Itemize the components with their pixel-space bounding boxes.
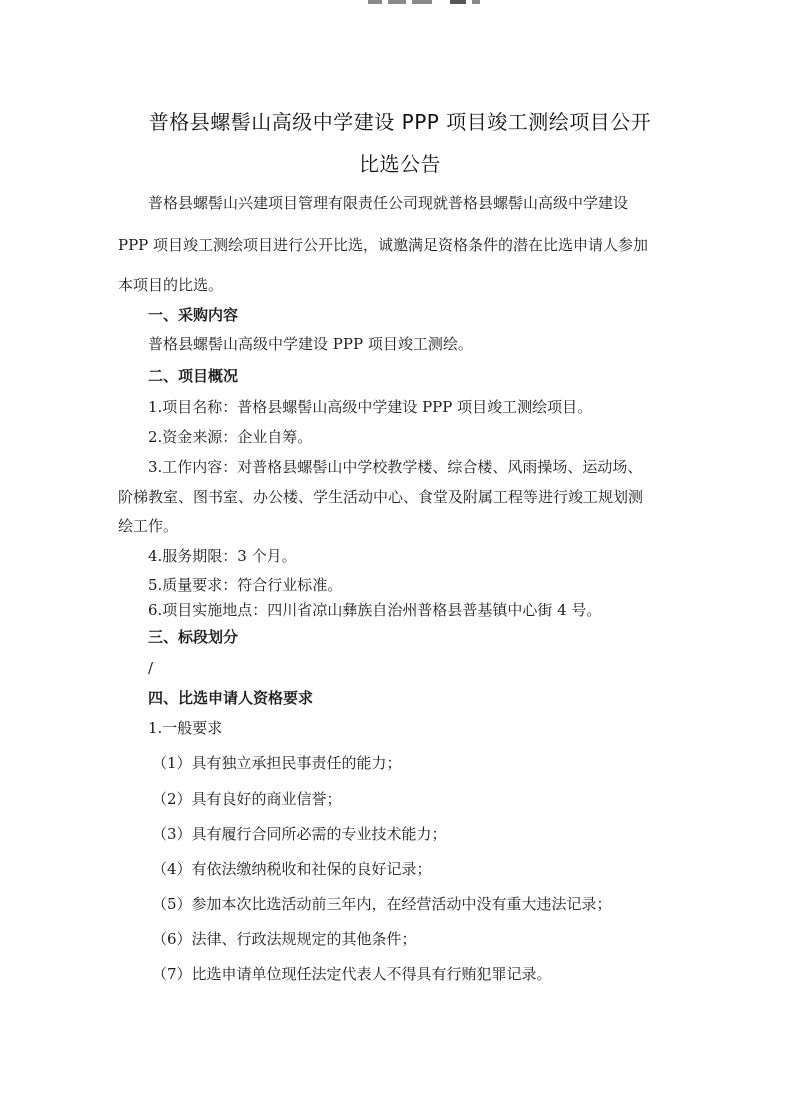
intro-paragraph-line-1: 普格县螺髻山兴建项目管理有限责任公司现就普格县螺髻山高级中学建设 bbox=[148, 193, 628, 213]
overview-item-funding: 2.资金来源：企业自筹。 bbox=[148, 427, 312, 447]
section-heading-lots: 三、标段划分 bbox=[148, 627, 238, 647]
overview-item-work-content-line-1: 3.工作内容：对普格县螺髻山中学校教学楼、综合楼、风雨操场、运动场、 bbox=[148, 457, 642, 477]
requirement-item-7: （7）比选申请单位现任法定代表人不得具有行贿犯罪记录。 bbox=[152, 964, 552, 984]
overview-item-service-period: 4.服务期限：3 个月。 bbox=[148, 546, 297, 566]
qualifications-general-heading: 1.一般要求 bbox=[148, 718, 222, 738]
overview-item-name: 1.项目名称：普格县螺髻山高级中学建设 PPP 项目竣工测绘项目。 bbox=[148, 397, 592, 417]
procurement-content: 普格县螺髻山高级中学建设 PPP 项目竣工测绘。 bbox=[148, 334, 473, 354]
overview-item-work-content-line-3: 绘工作。 bbox=[118, 516, 178, 536]
intro-paragraph-line-3: 本项目的比选。 bbox=[118, 275, 223, 295]
requirement-item-5: （5）参加本次比选活动前三年内，在经营活动中没有重大违法记录； bbox=[152, 894, 612, 914]
requirement-item-2: （2）具有良好的商业信誉； bbox=[152, 789, 342, 809]
overview-item-quality: 5.质量要求：符合行业标准。 bbox=[148, 575, 342, 595]
overview-item-work-content-line-2: 阶梯教室、图书室、办公楼、学生活动中心、食堂及附属工程等进行竣工规划测 bbox=[118, 487, 643, 507]
section-heading-overview: 二、项目概况 bbox=[148, 366, 238, 386]
document-title-line-2: 比选公告 bbox=[0, 148, 800, 177]
requirement-item-1: （1）具有独立承担民事责任的能力； bbox=[152, 753, 402, 773]
lots-content: / bbox=[148, 658, 153, 678]
section-heading-qualifications: 四、比选申请人资格要求 bbox=[148, 688, 313, 708]
section-heading-procurement: 一、采购内容 bbox=[148, 305, 238, 325]
requirement-item-3: （3）具有履行合同所必需的专业技术能力； bbox=[152, 824, 447, 844]
requirement-item-4: （4）有依法缴纳税收和社保的良好记录； bbox=[152, 859, 432, 879]
intro-paragraph-line-2: PPP 项目竣工测绘项目进行公开比选，诚邀满足资格条件的潜在比选申请人参加 bbox=[118, 235, 648, 255]
scan-header-artifact bbox=[368, 0, 480, 4]
overview-item-location: 6.项目实施地点：四川省凉山彝族自治州普格县普基镇中心街 4 号。 bbox=[148, 600, 601, 620]
document-title-line-1: 普格县螺髻山高级中学建设 PPP 项目竣工测绘项目公开 bbox=[0, 106, 800, 135]
requirement-item-6: （6）法律、行政法规规定的其他条件； bbox=[152, 929, 417, 949]
